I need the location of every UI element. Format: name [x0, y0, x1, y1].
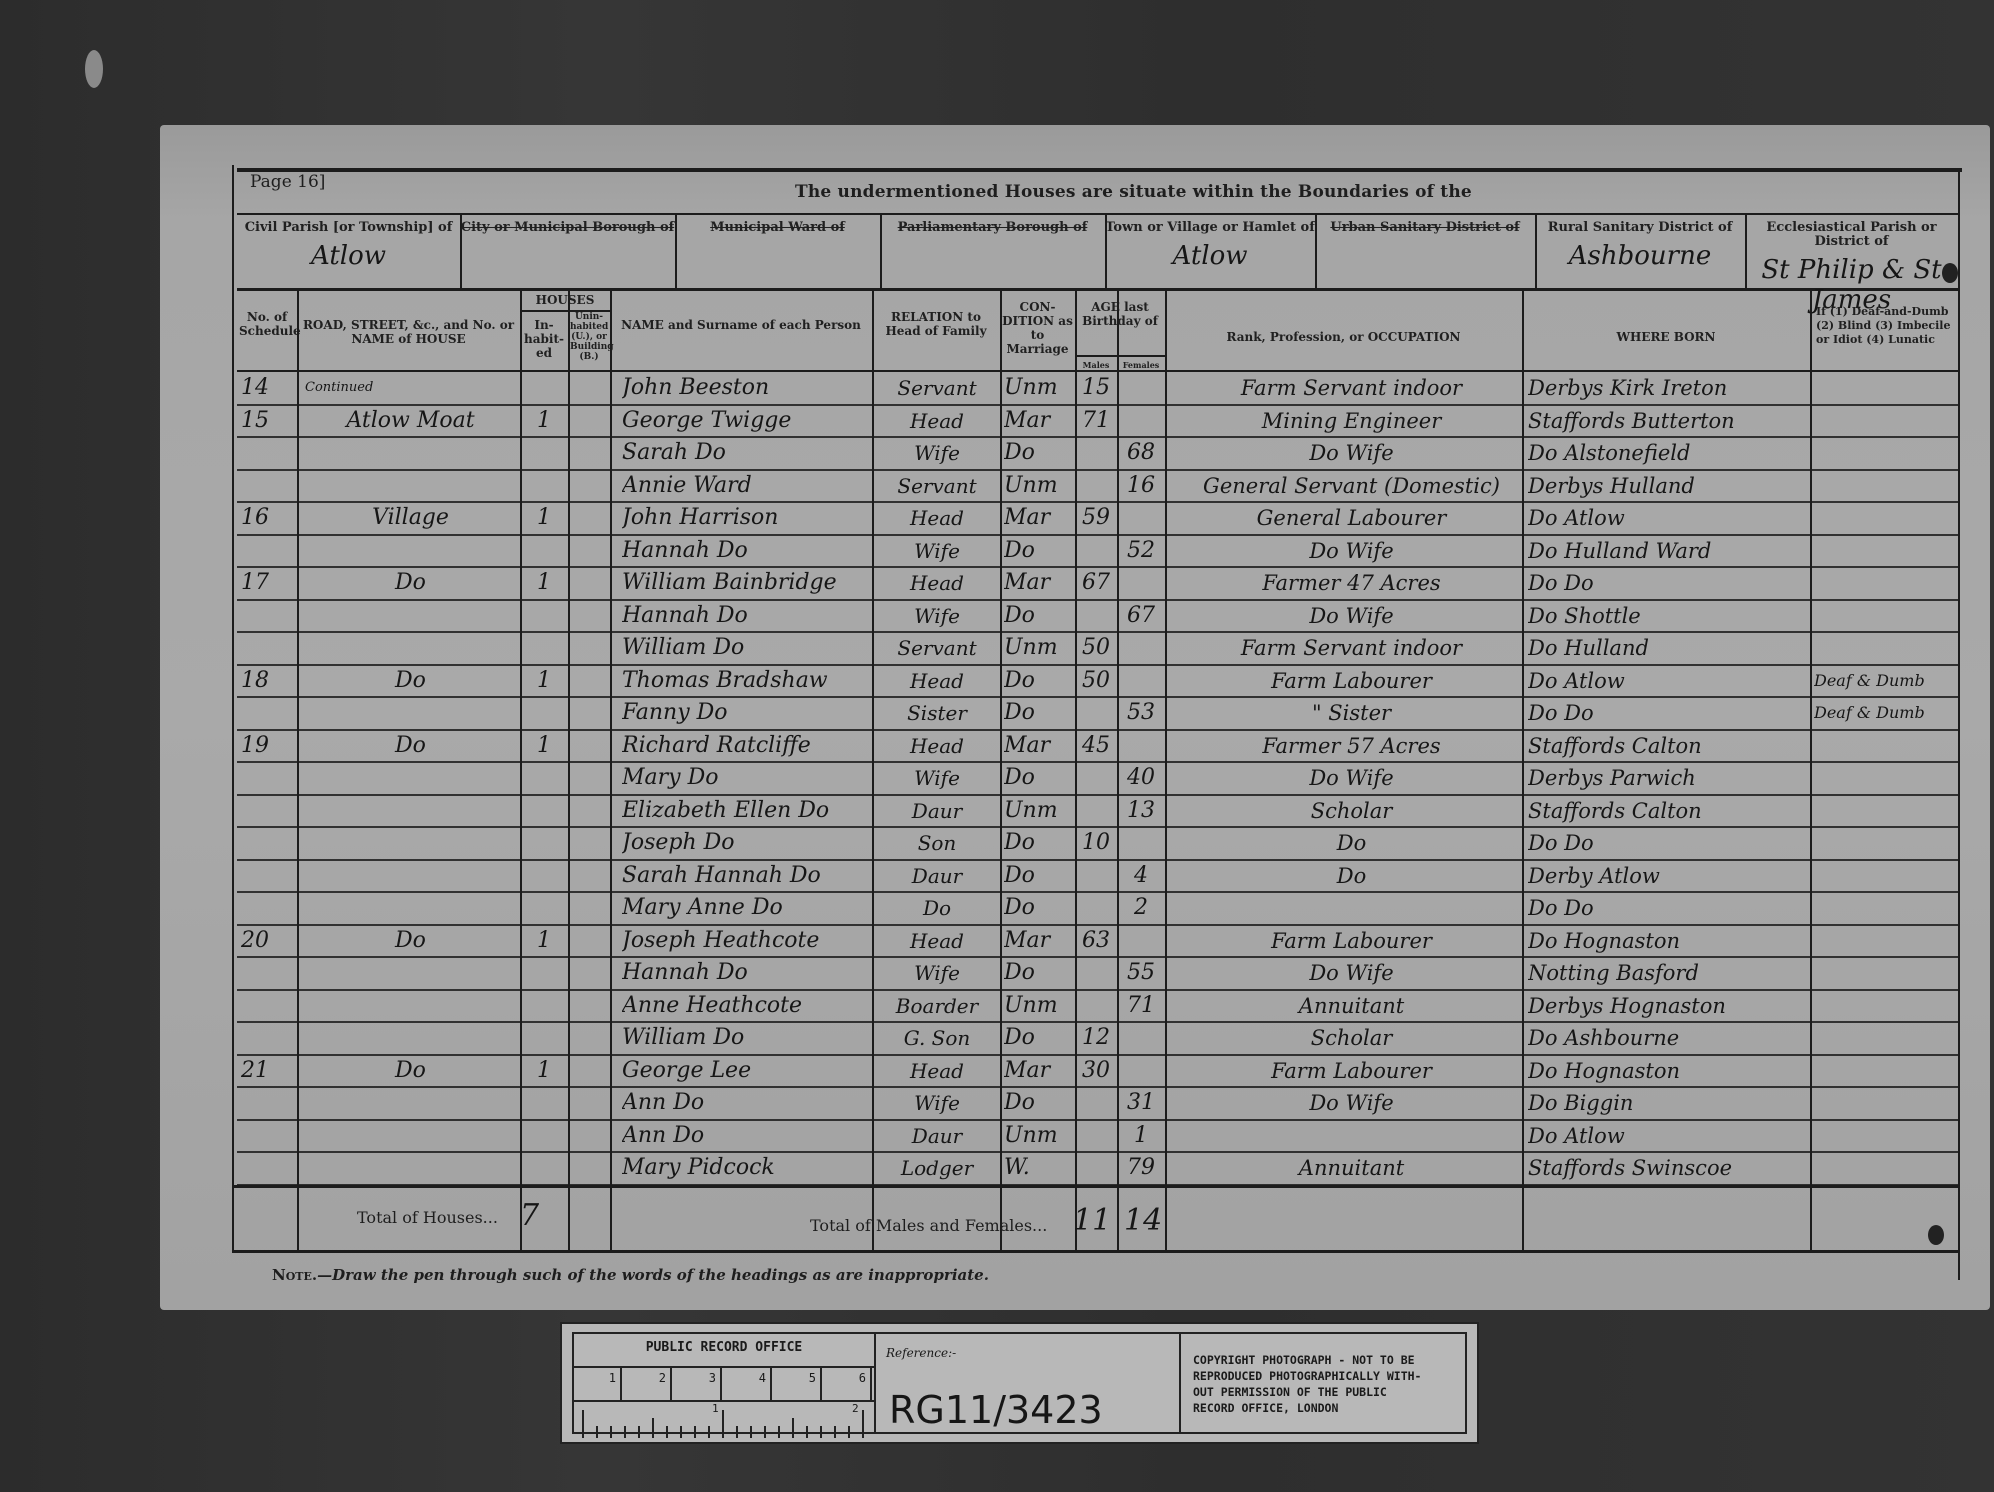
ruler-tick [652, 1418, 654, 1438]
table-row: Fanny DoSisterDo53" SisterDo DoDeaf & Du… [237, 697, 1957, 729]
boundary-value: Atlow [1105, 241, 1315, 271]
scale-cell: 6 [824, 1368, 872, 1400]
relation-cell: Head [876, 925, 998, 957]
relation-cell: Wife [876, 1087, 998, 1119]
infirmity-cell [1814, 502, 1956, 534]
ruler-tick [666, 1426, 668, 1438]
scale-cell: 4 [724, 1368, 772, 1400]
inhabited-cell [520, 892, 568, 924]
table-row: 19Do1Richard RatcliffeHeadMar45Farmer 57… [237, 730, 1957, 762]
relation-cell: Head [876, 730, 998, 762]
infirmity-cell: Deaf & Dumb [1814, 665, 1956, 697]
road-cell [305, 632, 516, 664]
condition-cell: Unm [1004, 632, 1073, 664]
occupation-heading: Rank, Profession, or OCCUPATION [1167, 330, 1520, 344]
ruler-tick [694, 1426, 696, 1438]
name-cell: Fanny Do [622, 697, 870, 729]
inhabited-cell: 1 [520, 567, 568, 599]
male-age-cell: 50 [1075, 665, 1117, 697]
boundary-cell: Ecclesiastical Parish or District ofSt P… [1745, 215, 1958, 287]
road-cell: Do [305, 1055, 516, 1087]
boundary-label: Urban Sanitary District of [1315, 215, 1535, 235]
infirmity-cell [1814, 1087, 1956, 1119]
relation-cell: Servant [876, 372, 998, 404]
boundary-cell: Municipal Ward of [675, 215, 880, 287]
name-cell: Hannah Do [622, 535, 870, 567]
where-born-cell: Do Ashbourne [1528, 1022, 1806, 1054]
occupation-cell: " Sister [1185, 697, 1518, 729]
male-age-cell [1075, 437, 1117, 469]
relation-cell: Wife [876, 957, 998, 989]
infirmity-cell [1814, 892, 1956, 924]
schedule-cell [241, 437, 295, 469]
table-row: Joseph DoSonDo10DoDo Do [237, 827, 1957, 859]
name-cell: Joseph Heathcote [622, 925, 870, 957]
inhabited-cell [520, 470, 568, 502]
female-age-cell: 55 [1117, 957, 1165, 989]
infirmity-cell [1814, 567, 1956, 599]
where-born-cell: Notting Basford [1528, 957, 1806, 989]
male-age-cell: 10 [1075, 827, 1117, 859]
female-age-cell: 79 [1117, 1152, 1165, 1184]
condition-cell: Do [1004, 600, 1073, 632]
name-heading: NAME and Surname of each Person [612, 318, 870, 332]
name-cell: George Lee [622, 1055, 870, 1087]
occupation-cell: Do Wife [1185, 600, 1518, 632]
boundary-label: Municipal Ward of [675, 215, 880, 235]
schedule-cell [241, 860, 295, 892]
note-prefix: Note. [272, 1266, 317, 1284]
name-cell: Richard Ratcliffe [622, 730, 870, 762]
condition-cell: Unm [1004, 795, 1073, 827]
ruler-tick [792, 1418, 794, 1438]
where-born-cell: Do Atlow [1528, 1120, 1806, 1152]
inhabited-cell: 1 [520, 502, 568, 534]
occupation-cell: Farm Labourer [1185, 1055, 1518, 1087]
female-age-cell: 67 [1117, 600, 1165, 632]
female-age-cell: 13 [1117, 795, 1165, 827]
relation-cell: Head [876, 405, 998, 437]
relation-cell: Daur [876, 1120, 998, 1152]
female-age-cell: 71 [1117, 990, 1165, 1022]
male-age-cell [1075, 1152, 1117, 1184]
name-cell: George Twigge [622, 405, 870, 437]
female-age-cell: 68 [1117, 437, 1165, 469]
total-males-value: 11 [1073, 1203, 1111, 1238]
infirmity-cell [1814, 957, 1956, 989]
ruler-tick [806, 1426, 808, 1438]
boundary-label: Civil Parish [or Township] of [237, 215, 460, 235]
name-cell: Joseph Do [622, 827, 870, 859]
occupation-cell: Do Wife [1185, 437, 1518, 469]
female-age-cell [1117, 632, 1165, 664]
form-note: Note.—Draw the pen through such of the w… [272, 1266, 989, 1284]
male-age-cell: 59 [1075, 502, 1117, 534]
infirmity-cell [1814, 600, 1956, 632]
name-cell: Mary Pidcock [622, 1152, 870, 1184]
table-row: 18Do1Thomas BradshawHeadDo50Farm Laboure… [237, 665, 1957, 697]
female-age-cell [1117, 827, 1165, 859]
condition-cell: Do [1004, 1022, 1073, 1054]
schedule-cell [241, 1120, 295, 1152]
occupation-cell: Mining Engineer [1185, 405, 1518, 437]
occupation-cell: Farm Labourer [1185, 665, 1518, 697]
copyright-section: COPYRIGHT PHOTOGRAPH - NOT TO BEREPRODUC… [1179, 1332, 1467, 1434]
schedule-heading: No. of Schedule [239, 310, 295, 338]
name-cell: Hannah Do [622, 957, 870, 989]
copyright-line: COPYRIGHT PHOTOGRAPH - NOT TO BE [1193, 1352, 1465, 1368]
boundary-label: Ecclesiastical Parish or District of [1745, 215, 1958, 249]
ink-blot [1928, 1225, 1944, 1245]
occupation-cell: General Labourer [1185, 502, 1518, 534]
road-cell [305, 795, 516, 827]
table-row: Hannah DoWifeDo67Do WifeDo Shottle [237, 600, 1957, 632]
road-cell [305, 600, 516, 632]
name-cell: William Do [622, 632, 870, 664]
name-cell: Ann Do [622, 1087, 870, 1119]
name-cell: William Bainbridge [622, 567, 870, 599]
where-born-cell: Derbys Kirk Ireton [1528, 372, 1806, 404]
ruler-ticks: 12 [574, 1402, 874, 1438]
ruler-tick [624, 1426, 626, 1438]
infirmity-cell [1814, 372, 1956, 404]
condition-cell: Mar [1004, 405, 1073, 437]
where-born-cell: Staffords Calton [1528, 795, 1806, 827]
female-age-cell [1117, 405, 1165, 437]
where-born-cell: Do Do [1528, 567, 1806, 599]
occupation-cell: Scholar [1185, 1022, 1518, 1054]
schedule-cell: 18 [241, 665, 295, 697]
ruler-tick [736, 1426, 738, 1438]
table-row: Elizabeth Ellen DoDaurUnm13ScholarStaffo… [237, 795, 1957, 827]
schedule-cell [241, 1087, 295, 1119]
condition-cell: Do [1004, 892, 1073, 924]
road-cell [305, 470, 516, 502]
road-cell: Continued [305, 372, 516, 404]
inhabited-cell [520, 535, 568, 567]
occupation-cell: Scholar [1185, 795, 1518, 827]
condition-cell: W. [1004, 1152, 1073, 1184]
infirmity-cell [1814, 470, 1956, 502]
copyright-line: OUT PERMISSION OF THE PUBLIC [1193, 1384, 1465, 1400]
infirmity-cell [1814, 437, 1956, 469]
boundary-label: City or Municipal Borough of [460, 215, 675, 235]
road-cell [305, 827, 516, 859]
table-row: Ann DoDaurUnm1Do Atlow [237, 1120, 1957, 1152]
ruler-tick [708, 1426, 710, 1438]
male-age-cell [1075, 697, 1117, 729]
male-age-cell: 67 [1075, 567, 1117, 599]
infirmity-cell [1814, 860, 1956, 892]
table-row: 15Atlow Moat1George TwiggeHeadMar71Minin… [237, 405, 1957, 437]
scale-cell: 3 [674, 1368, 722, 1400]
where-born-cell: Do Hulland [1528, 632, 1806, 664]
condition-cell: Do [1004, 957, 1073, 989]
occupation-cell: Do Wife [1185, 762, 1518, 794]
where-born-heading: WHERE BORN [1524, 330, 1808, 344]
male-age-cell [1075, 990, 1117, 1022]
inhabited-cell: 1 [520, 1055, 568, 1087]
inhabited-cell [520, 762, 568, 794]
male-age-cell: 63 [1075, 925, 1117, 957]
inhabited-cell [520, 632, 568, 664]
relation-cell: Daur [876, 795, 998, 827]
infirmity-cell [1814, 1055, 1956, 1087]
boundary-cell: Parliamentary Borough of [880, 215, 1105, 287]
scale-cell: 5 [774, 1368, 822, 1400]
ink-blot [1942, 263, 1958, 283]
inhabited-cell [520, 827, 568, 859]
totals-top-rule [232, 1185, 1958, 1188]
schedule-cell [241, 957, 295, 989]
condition-cell: Do [1004, 1087, 1073, 1119]
occupation-cell: Do Wife [1185, 535, 1518, 567]
boundary-value: Ashbourne [1535, 241, 1745, 271]
schedule-cell [241, 1022, 295, 1054]
ruler-tick [750, 1426, 752, 1438]
table-row: 16Village1John HarrisonHeadMar59General … [237, 502, 1957, 534]
total-persons-label: Total of Males and Females... [810, 1216, 1047, 1235]
boundary-divider [1315, 215, 1317, 288]
schedule-cell: 17 [241, 567, 295, 599]
road-cell [305, 860, 516, 892]
boundary-cell: City or Municipal Borough of [460, 215, 675, 287]
condition-cell: Mar [1004, 502, 1073, 534]
female-age-cell: 16 [1117, 470, 1165, 502]
boundary-cell: Civil Parish [or Township] ofAtlow [237, 215, 460, 287]
where-born-cell: Do Biggin [1528, 1087, 1806, 1119]
record-office-section: PUBLIC RECORD OFFICE 123456 12 [572, 1332, 876, 1434]
road-cell [305, 990, 516, 1022]
relation-cell: Wife [876, 437, 998, 469]
ruler-tick [778, 1426, 780, 1438]
condition-cell: Unm [1004, 1120, 1073, 1152]
totals-bottom-rule [232, 1250, 1958, 1253]
infirmity-cell [1814, 795, 1956, 827]
road-cell: Do [305, 730, 516, 762]
table-row: 14ContinuedJohn BeestonServantUnm15Farm … [237, 372, 1957, 404]
boundary-cell: Town or Village or Hamlet ofAtlow [1105, 215, 1315, 287]
boundary-cell: Rural Sanitary District ofAshbourne [1535, 215, 1745, 287]
name-cell: Anne Heathcote [622, 990, 870, 1022]
ruler-tick [610, 1426, 612, 1438]
occupation-cell: Farm Servant indoor [1185, 372, 1518, 404]
condition-cell: Mar [1004, 1055, 1073, 1087]
infirmity-cell [1814, 762, 1956, 794]
copyright-notice: COPYRIGHT PHOTOGRAPH - NOT TO BEREPRODUC… [1181, 1334, 1465, 1416]
total-houses-label: Total of Houses... [357, 1208, 498, 1227]
where-born-cell: Do Hulland Ward [1528, 535, 1806, 567]
male-age-cell [1075, 762, 1117, 794]
infirmity-heading: If (1) Deaf-and-Dumb (2) Blind (3) Imbec… [1812, 305, 1960, 347]
where-born-cell: Do Alstonefield [1528, 437, 1806, 469]
form-left-rule [232, 165, 234, 1250]
female-age-cell [1117, 567, 1165, 599]
condition-cell: Mar [1004, 730, 1073, 762]
infirmity-cell [1814, 827, 1956, 859]
condition-cell: Do [1004, 762, 1073, 794]
name-cell: Mary Do [622, 762, 870, 794]
infirmity-cell [1814, 632, 1956, 664]
relation-cell: Sister [876, 697, 998, 729]
infirmity-cell [1814, 1152, 1956, 1184]
female-age-cell: 31 [1117, 1087, 1165, 1119]
ruler-tick [848, 1426, 850, 1438]
table-row: Annie WardServantUnm16General Servant (D… [237, 470, 1957, 502]
reference-section: Reference:- RG11/3423 [874, 1332, 1181, 1434]
houses-heading: HOUSES [522, 293, 608, 307]
name-cell: Sarah Hannah Do [622, 860, 870, 892]
infirmity-cell [1814, 730, 1956, 762]
boundary-divider [675, 215, 677, 288]
road-cell [305, 1022, 516, 1054]
ruler-tick [764, 1426, 766, 1438]
condition-cell: Unm [1004, 470, 1073, 502]
relation-cell: Head [876, 567, 998, 599]
male-age-cell [1075, 860, 1117, 892]
table-row: Hannah DoWifeDo52Do WifeDo Hulland Ward [237, 535, 1957, 567]
boundary-divider [1745, 215, 1747, 288]
condition-cell: Unm [1004, 372, 1073, 404]
age-subrule [1075, 355, 1165, 357]
where-born-cell: Derby Atlow [1528, 860, 1806, 892]
condition-cell: Do [1004, 535, 1073, 567]
schedule-cell [241, 990, 295, 1022]
male-age-cell [1075, 600, 1117, 632]
male-age-cell [1075, 795, 1117, 827]
occupation-cell: Do [1185, 827, 1518, 859]
where-born-cell: Do Atlow [1528, 665, 1806, 697]
occupation-cell: Annuitant [1185, 1152, 1518, 1184]
condition-cell: Unm [1004, 990, 1073, 1022]
inhabited-cell [520, 1120, 568, 1152]
name-cell: Hannah Do [622, 600, 870, 632]
inhabited-cell [520, 1022, 568, 1054]
boundary-label: Town or Village or Hamlet of [1105, 215, 1315, 235]
condition-cell: Do [1004, 827, 1073, 859]
ruler-tick [596, 1426, 598, 1438]
age-heading: AGE last Birthday of [1077, 300, 1163, 328]
female-age-cell: 4 [1117, 860, 1165, 892]
ruler-tick [680, 1426, 682, 1438]
schedule-cell: 19 [241, 730, 295, 762]
female-age-cell: 1 [1117, 1120, 1165, 1152]
ruler-tick [638, 1426, 640, 1438]
schedule-cell: 20 [241, 925, 295, 957]
road-cell [305, 437, 516, 469]
female-age-cell [1117, 730, 1165, 762]
relation-cell: Servant [876, 632, 998, 664]
table-row: Anne HeathcoteBoarderUnm71AnnuitantDerby… [237, 990, 1957, 1022]
occupation-cell: Do Wife [1185, 1087, 1518, 1119]
reference-caption: Reference:- [874, 1334, 1179, 1360]
schedule-cell [241, 697, 295, 729]
female-age-cell [1117, 1022, 1165, 1054]
inhabited-cell [520, 957, 568, 989]
inhabited-cell [520, 795, 568, 827]
condition-cell: Mar [1004, 925, 1073, 957]
form-top-rule [237, 168, 1962, 172]
boundary-label: Rural Sanitary District of [1535, 215, 1745, 235]
infirmity-cell [1814, 405, 1956, 437]
inhabited-cell [520, 1087, 568, 1119]
where-born-cell: Do Hognaston [1528, 925, 1806, 957]
name-cell: William Do [622, 1022, 870, 1054]
page-number: Page 16] [250, 172, 325, 192]
inhabited-cell [520, 860, 568, 892]
infirmity-cell [1814, 1120, 1956, 1152]
schedule-cell: 15 [241, 405, 295, 437]
where-born-cell: Derbys Parwich [1528, 762, 1806, 794]
table-row: Hannah DoWifeDo55Do WifeNotting Basford [237, 957, 1957, 989]
name-cell: John Harrison [622, 502, 870, 534]
schedule-cell: 16 [241, 502, 295, 534]
boundary-divider [460, 215, 462, 288]
where-born-cell: Do Atlow [1528, 502, 1806, 534]
table-row: Mary DoWifeDo40Do WifeDerbys Parwich [237, 762, 1957, 794]
inhabited-cell [520, 990, 568, 1022]
inhabited-cell: 1 [520, 925, 568, 957]
inhabited-cell: 1 [520, 730, 568, 762]
male-age-cell: 71 [1075, 405, 1117, 437]
infirmity-cell [1814, 1022, 1956, 1054]
name-cell: John Beeston [622, 372, 870, 404]
copyright-line: RECORD OFFICE, LONDON [1193, 1400, 1465, 1416]
infirmity-cell [1814, 990, 1956, 1022]
ruler-inch-mark: 2 [852, 1402, 859, 1415]
relation-cell: Son [876, 827, 998, 859]
where-born-cell: Derbys Hulland [1528, 470, 1806, 502]
table-row: Ann DoWifeDo31Do WifeDo Biggin [237, 1087, 1957, 1119]
female-age-cell [1117, 1055, 1165, 1087]
infirmity-cell: Deaf & Dumb [1814, 697, 1956, 729]
road-cell [305, 1087, 516, 1119]
road-cell [305, 1120, 516, 1152]
reference-number: RG11/3423 [889, 1388, 1103, 1432]
male-age-cell: 12 [1075, 1022, 1117, 1054]
relation-cell: Wife [876, 600, 998, 632]
schedule-cell [241, 795, 295, 827]
occupation-cell: Do Wife [1185, 957, 1518, 989]
note-text: —Draw the pen through such of the words … [317, 1266, 989, 1284]
road-cell [305, 535, 516, 567]
boundary-cell: Urban Sanitary District of [1315, 215, 1535, 287]
name-cell: Elizabeth Ellen Do [622, 795, 870, 827]
condition-cell: Do [1004, 665, 1073, 697]
inhabited-cell [520, 372, 568, 404]
male-age-cell [1075, 1087, 1117, 1119]
occupation-cell: General Servant (Domestic) [1185, 470, 1518, 502]
table-row: Sarah DoWifeDo68Do WifeDo Alstonefield [237, 437, 1957, 469]
road-cell [305, 1152, 516, 1184]
female-age-cell [1117, 372, 1165, 404]
relation-cell: Wife [876, 535, 998, 567]
record-office-title: PUBLIC RECORD OFFICE [574, 1334, 874, 1368]
male-age-cell [1075, 535, 1117, 567]
road-heading: ROAD, STREET, &c., and No. or NAME of HO… [299, 318, 518, 346]
female-age-cell: 53 [1117, 697, 1165, 729]
relation-heading: RELATION to Head of Family [874, 310, 998, 338]
inhabited-cell: 1 [520, 405, 568, 437]
occupation-cell: Annuitant [1185, 990, 1518, 1022]
table-row: Sarah Hannah DoDaurDo4DoDerby Atlow [237, 860, 1957, 892]
inhabited-cell: 1 [520, 665, 568, 697]
male-age-cell [1075, 1120, 1117, 1152]
condition-heading: CON-DITION as to Marriage [1002, 300, 1073, 356]
inhabited-heading: In-habit-ed [522, 318, 566, 360]
where-born-cell: Do Do [1528, 827, 1806, 859]
ruler-tick [820, 1426, 822, 1438]
